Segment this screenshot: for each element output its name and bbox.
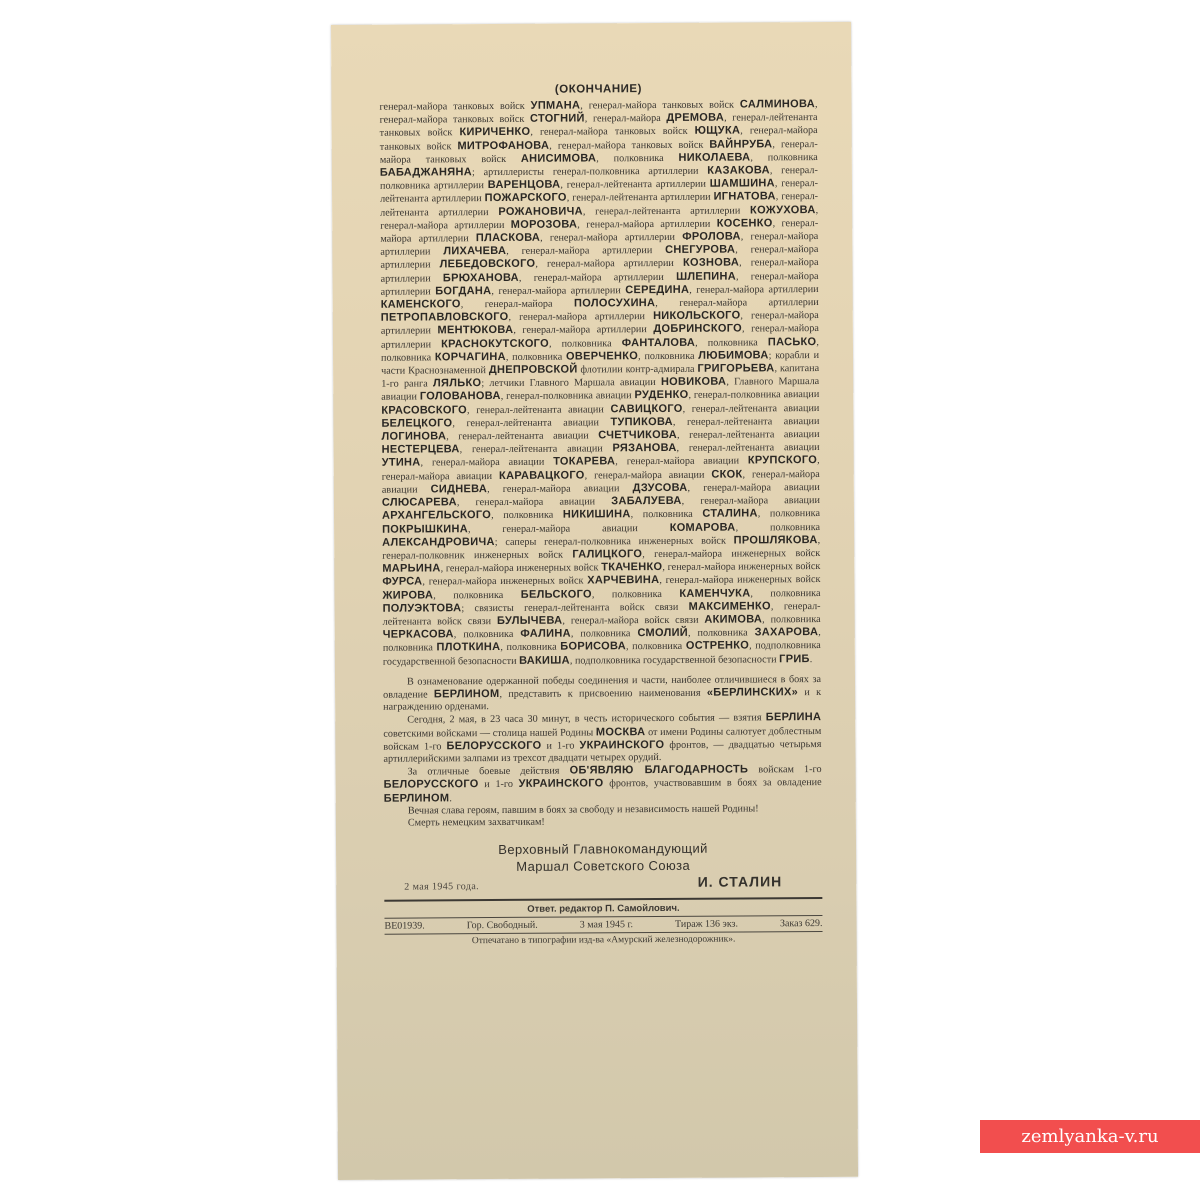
order-paragraph: Смерть немецким захватчикам! — [384, 815, 822, 830]
bold-name: БРЮХАНОВА — [443, 271, 519, 283]
bold-name: ОВЕРЧЕНКО — [566, 350, 638, 362]
bold-name: ПОЛУЭКТОВА — [383, 602, 462, 614]
printer-line: Отпечатано в типографии изд-ва «Амурский… — [385, 933, 823, 949]
bold-name: ЛЯЛЬКО — [433, 377, 481, 389]
document-sheet: (ОКОНЧАНИЕ) генерал-майора танковых войс… — [331, 22, 858, 1180]
imprint-item: Тираж 136 экз. — [675, 918, 738, 931]
bold-name: ПРОШЛЯКОВА — [734, 534, 818, 547]
bold-name: СТОГНИЙ — [530, 113, 585, 125]
bold-name: ЖИРОВА — [382, 589, 433, 601]
bold-name: САЛМИНОВА — [740, 98, 815, 110]
bold-name: МАРЬИНА — [382, 562, 440, 574]
order-paragraphs: В ознаменование одержанной победы соедин… — [383, 674, 822, 830]
bold-name: ЧЕРКАСОВА — [383, 628, 454, 640]
bold-name: СЛЮСАРЕВА — [382, 496, 457, 508]
bold-name: ЮЩУКА — [695, 125, 741, 137]
bold-name: БЕРЛИНОМ — [434, 688, 500, 700]
bold-name: СИДНЕВА — [431, 483, 487, 495]
order-paragraph: В ознаменование одержанной победы соедин… — [383, 674, 821, 714]
bold-name: «БЕРЛИНСКИХ» — [707, 686, 798, 699]
bold-name: БУЛЫЧЕВА — [497, 615, 562, 627]
bold-name: ВАЙНРУБА — [709, 138, 772, 150]
bold-name: СКОК — [711, 468, 742, 480]
bold-name: КОСЕНКО — [717, 217, 773, 229]
bold-name: КАЗАКОВА — [707, 164, 770, 176]
bold-name: СМОЛИЙ — [637, 627, 688, 639]
document-content: (ОКОНЧАНИЕ) генерал-майора танковых войс… — [379, 82, 822, 949]
imprint-item: ВЕ01939. — [384, 920, 424, 933]
bold-name: ПЛАСКОВА — [476, 232, 540, 244]
bold-name: НИКОЛАЕВА — [678, 151, 750, 163]
bold-name: ШЛЕПИНА — [676, 270, 736, 282]
bold-name: АКИМОВА — [704, 613, 762, 625]
bold-name: НОВИКОВА — [661, 376, 726, 388]
bold-name: СЕРЕДИНА — [625, 284, 689, 296]
bold-name: УТИНА — [382, 457, 421, 469]
bold-name: РОЖАНОВИЧА — [498, 205, 583, 218]
bold-name: ОСТРЕНКО — [686, 640, 749, 652]
bold-name: КИРИЧЕНКО — [459, 126, 530, 138]
signature-block: Верховный Главнокомандующий Маршал Совет… — [384, 839, 822, 896]
bold-name: КРАСНОКУТСКОГО — [441, 337, 549, 350]
bold-name: ЗАБАЛУЕВА — [611, 495, 681, 507]
bold-name: БОГДАНА — [435, 285, 491, 297]
bold-name: КОЗНОВА — [683, 257, 739, 269]
bold-name: АНИСИМОВА — [521, 152, 596, 164]
bold-name: БЕЛЕЦКОГО — [381, 417, 452, 429]
bold-name: СНЕГУРОВА — [665, 244, 735, 256]
bold-name: ФРОЛОВА — [682, 231, 741, 243]
bold-name: ТУПИКОВА — [610, 416, 672, 428]
bold-name: ЛОГИНОВА — [381, 430, 446, 442]
honoree-list-paragraph: генерал-майора танковых войск УПМАНА, ге… — [379, 98, 820, 668]
bold-name: ЛЕБЕДОВСКОГО — [440, 258, 536, 271]
bold-name: МОРОЗОВА — [511, 218, 578, 230]
bold-name: БЕЛОРУССКОГО — [384, 778, 479, 791]
document-heading: (ОКОНЧАНИЕ) — [379, 82, 817, 97]
bold-name: КАРАВАЦКОГО — [499, 469, 585, 482]
bold-name: ФАНТАЛОВА — [622, 336, 695, 348]
bold-name: НИКИШИНА — [563, 508, 631, 520]
bold-name: БЕЛЬСКОГО — [521, 588, 592, 600]
bold-name: НЕСТЕРЦЕВА — [382, 444, 460, 456]
bold-name: КАМЕНСКОГО — [381, 298, 461, 310]
bold-name: КАМЕНЧУКА — [679, 587, 750, 599]
bold-name: РЯЗАНОВА — [612, 442, 676, 454]
bold-name: САВИЦКОГО — [610, 403, 682, 415]
bold-name: ЗАХАРОВА — [755, 626, 819, 638]
bold-name: МОСКВА — [596, 726, 646, 738]
bold-name: ГОЛОВАНОВА — [420, 390, 501, 402]
bold-name: ДНЕПРОВСКОЙ — [489, 364, 578, 377]
bold-name: ЛИХАЧЕВА — [443, 245, 506, 257]
bold-name: ПЕТРОПАВЛОВСКОГО — [381, 311, 509, 324]
bold-name: ПЛОТКИНА — [436, 641, 500, 653]
bold-name: БЕЛОРУССКОГО — [446, 739, 541, 752]
bold-name: УКРАИНСКОГО — [519, 778, 604, 791]
bold-name: БЕРЛИНА — [766, 711, 822, 723]
bold-name: ДОБРИНСКОГО — [653, 323, 742, 336]
bold-name: ФУРСА — [382, 576, 422, 588]
bold-name: БЕРЛИНОМ — [384, 792, 450, 804]
bold-name: ГРИГОРЬЕВА — [697, 362, 774, 374]
bold-name: ШАМШИНА — [710, 178, 775, 190]
bold-name: ПОЖАРСКОГО — [485, 192, 567, 205]
bold-name: КРУПСКОГО — [748, 455, 817, 467]
bold-name: ГАЛИЦКОГО — [572, 548, 642, 560]
bold-name: ТОКАРЕВА — [553, 456, 615, 468]
bold-name: ПАСЬКО — [768, 336, 817, 348]
bold-name: НИКОЛЬСКОГО — [653, 310, 740, 323]
bold-name: ДЗУСОВА — [633, 482, 688, 494]
bold-name: МИТРОФАНОВА — [457, 139, 549, 152]
site-watermark: zemlyanka-v.ru — [980, 1120, 1200, 1153]
bold-name: КОРЧАГИНА — [435, 351, 506, 363]
bold-name: БОРИСОВА — [560, 641, 626, 653]
imprint-line: ВЕ01939.Гор. Свободный.3 мая 1945 г.Тира… — [384, 917, 822, 933]
bold-name: ВАРЕНЦОВА — [488, 179, 561, 191]
bold-name: КОЖУХОВА — [750, 204, 816, 216]
order-date: 2 мая 1945 года. — [404, 878, 479, 895]
bold-name: КРАСОВСКОГО — [381, 404, 467, 417]
bold-name: АРХАНГЕЛЬСКОГО — [382, 509, 491, 522]
order-paragraph: За отличные боевые действия ОБ'ЯВЛЯЮ БЛА… — [384, 763, 822, 805]
bold-name: ПОКРЫШКИНА — [382, 523, 468, 536]
imprint-item: 3 мая 1945 г. — [580, 918, 633, 931]
bold-name: ПОЛОСУХИНА — [574, 297, 655, 309]
signatory-name: И. СТАЛИН — [698, 873, 783, 891]
bold-name: ГРИБ — [779, 653, 810, 665]
bold-name: УКРАИНСКОГО — [579, 739, 664, 752]
bold-name: ХАРЧЕВИНА — [587, 574, 659, 586]
bold-name: ОБ'ЯВЛЯЮ БЛАГОДАРНОСТЬ — [570, 764, 749, 777]
order-paragraph: Сегодня, 2 мая, в 23 часа 30 минут, в че… — [383, 711, 821, 765]
bold-name: ЛЮБИМОВА — [698, 349, 768, 361]
editor-line: Ответ. редактор П. Самойлович. — [384, 901, 822, 917]
bold-name: КОМАРОВА — [670, 521, 736, 533]
bold-name: СЧЕТЧИКОВА — [598, 429, 677, 441]
imprint-item: Заказ 629. — [780, 917, 823, 930]
bold-name: ВАКИША — [519, 654, 570, 666]
bold-name: ИГНАТОВА — [714, 191, 776, 203]
bold-name: ДРЕМОВА — [666, 112, 724, 124]
bold-name: РУДЕНКО — [634, 389, 688, 401]
bold-name: УПМАНА — [531, 99, 581, 111]
bold-name: ФАЛИНА — [520, 628, 571, 640]
bold-name: МАКСИМЕНКО — [689, 600, 771, 613]
bold-name: АЛЕКСАНДРОВИЧА — [382, 536, 495, 549]
bold-name: СТАЛИНА — [702, 508, 757, 520]
bold-name: БАБАДЖАНЯНА — [380, 166, 472, 179]
imprint-item: Гор. Свободный. — [467, 919, 538, 932]
bold-name: МЕНТЮКОВА — [437, 324, 513, 336]
bold-name: ТКАЧЕНКО — [601, 561, 662, 573]
